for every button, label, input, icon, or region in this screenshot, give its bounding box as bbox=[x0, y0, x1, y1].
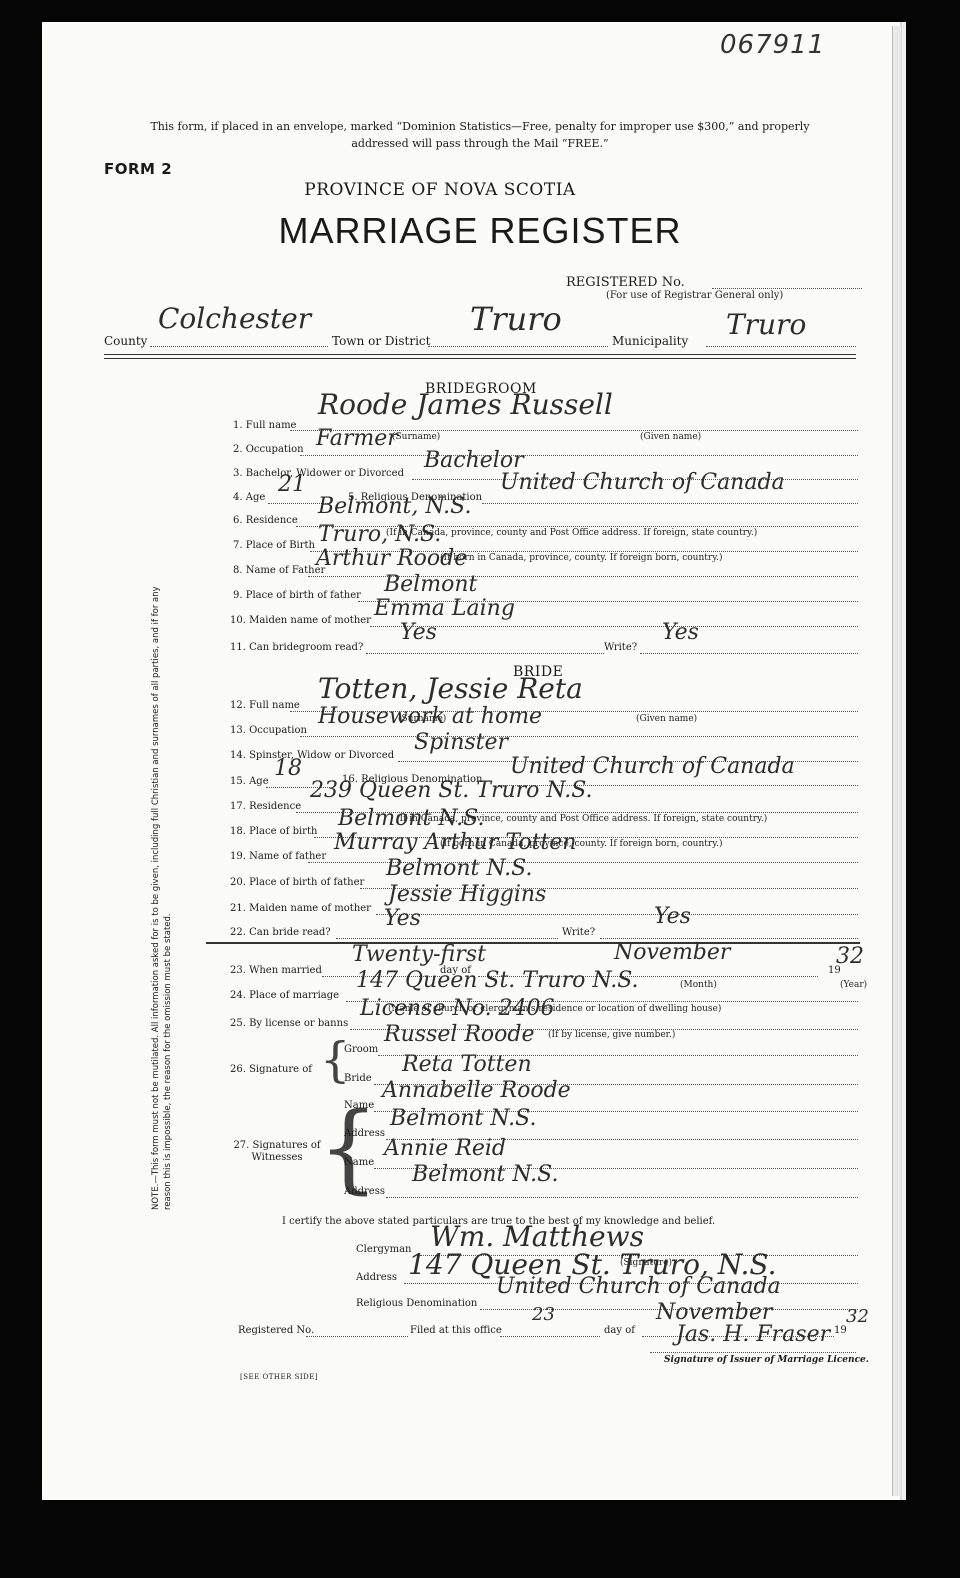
municipality-label: Municipality bbox=[612, 334, 688, 348]
form-number: FORM 2 bbox=[104, 160, 172, 178]
groom-birthplace-label: 7. Place of Birth bbox=[233, 540, 315, 551]
witness-1-address[interactable]: Belmont N.S. bbox=[390, 1106, 536, 1131]
signature-of-label: 26. Signature of bbox=[230, 1064, 312, 1075]
groom-denomination-value[interactable]: United Church of Canada bbox=[500, 470, 785, 495]
groom-father-birthplace-value[interactable]: Belmont bbox=[384, 572, 477, 597]
bride-write-value[interactable]: Yes bbox=[654, 904, 691, 929]
groom-age-value[interactable]: 21 bbox=[278, 472, 306, 497]
witness-1-name[interactable]: Annabelle Roode bbox=[382, 1078, 571, 1103]
issuer-signature-line bbox=[650, 1352, 856, 1353]
bride-age-value[interactable]: 18 bbox=[274, 756, 302, 781]
witness-1-address-label: Address bbox=[344, 1128, 385, 1139]
bride-father-birthplace-label: 20. Place of birth of father bbox=[230, 877, 364, 888]
bride-marital-status-value[interactable]: Spinster bbox=[414, 730, 508, 755]
municipality-value[interactable]: Truro bbox=[726, 308, 806, 341]
groom-write-value[interactable]: Yes bbox=[662, 620, 699, 645]
bride-write-label: Write? bbox=[562, 927, 595, 938]
town-line bbox=[428, 346, 608, 347]
county-line bbox=[150, 346, 328, 347]
filed-year-prefix: 19 bbox=[834, 1325, 847, 1336]
year-hint: (Year) bbox=[840, 980, 867, 990]
bride-birthplace-value[interactable]: Belmont N.S. bbox=[338, 806, 484, 831]
groom-father-birthplace-label: 9. Place of birth of father bbox=[233, 590, 361, 601]
bride-father-value[interactable]: Murray Arthur Totten bbox=[334, 830, 576, 855]
bride-residence-label: 17. Residence bbox=[230, 801, 301, 812]
given-name-hint: (Given name) bbox=[640, 432, 701, 442]
groom-marital-status-label: 3. Bachelor, Widower or Divorced bbox=[233, 468, 404, 479]
province-heading: PROVINCE OF NOVA SCOTIA bbox=[200, 180, 680, 200]
groom-read-value[interactable]: Yes bbox=[400, 620, 437, 645]
license-hint: (If by license, give number.) bbox=[548, 1030, 675, 1040]
witness-2-address[interactable]: Belmont N.S. bbox=[412, 1162, 558, 1187]
when-married-label: 23. When married bbox=[230, 965, 322, 976]
when-married-month[interactable]: November bbox=[614, 940, 730, 965]
bride-residence-value[interactable]: 239 Queen St. Truro N.S. bbox=[310, 778, 593, 803]
bride-occupation-line bbox=[300, 736, 858, 737]
month-hint: (Month) bbox=[680, 980, 717, 990]
bride-age-label: 15. Age bbox=[230, 776, 269, 787]
bride-occupation-value[interactable]: Housework at home bbox=[318, 704, 542, 729]
groom-father-value[interactable]: Arthur Roode bbox=[316, 546, 467, 571]
reference-number: 067911 bbox=[720, 30, 825, 60]
bride-full-name-label: 12. Full name bbox=[230, 700, 300, 711]
filed-day-line bbox=[500, 1336, 600, 1337]
clergy-denomination-value[interactable]: United Church of Canada bbox=[496, 1274, 781, 1299]
clergy-address-label: Address bbox=[356, 1272, 397, 1283]
registered-no-note: (For use of Registrar General only) bbox=[606, 290, 783, 301]
bride-mother-line bbox=[376, 914, 858, 915]
bride-denomination-value[interactable]: United Church of Canada bbox=[510, 754, 795, 779]
groom-residence-value[interactable]: Belmont, N.S. bbox=[318, 494, 471, 519]
groom-birthplace-hint: (If born in Canada, province, county. If… bbox=[440, 553, 722, 563]
groom-full-name-label: 1. Full name bbox=[233, 420, 296, 431]
groom-residence-hint: (If in Canada, province, county and Post… bbox=[386, 528, 757, 538]
town-value[interactable]: Truro bbox=[470, 300, 562, 338]
license-label: 25. By license or banns bbox=[230, 1018, 348, 1029]
bride-write-line bbox=[600, 938, 858, 939]
groom-mother-value[interactable]: Emma Laing bbox=[374, 596, 515, 621]
clergyman-label: Clergyman bbox=[356, 1244, 411, 1255]
groom-occupation-line bbox=[300, 455, 858, 456]
registered-no-label: REGISTERED No. bbox=[566, 275, 685, 290]
clergy-denomination-label: Religious Denomination bbox=[356, 1298, 477, 1309]
license-value[interactable]: License No. 2406 bbox=[360, 996, 555, 1021]
bride-read-value[interactable]: Yes bbox=[384, 906, 421, 931]
groom-mother-label: 10. Maiden name of mother bbox=[230, 615, 371, 626]
bride-father-birthplace-value[interactable]: Belmont N.S. bbox=[386, 856, 532, 881]
witnesses-label: 27. Signatures of Witnesses bbox=[232, 1140, 322, 1164]
witnesses-brace: { bbox=[318, 1100, 379, 1196]
groom-denomination-line bbox=[482, 503, 858, 504]
bride-read-label: 22. Can bride read? bbox=[230, 927, 331, 938]
county-label: County bbox=[104, 334, 147, 348]
bride-given-name-hint: (Given name) bbox=[636, 714, 697, 724]
place-of-marriage-value[interactable]: 147 Queen St. Truro N.S. bbox=[356, 968, 639, 993]
bride-marital-status-label: 14. Spinster, Widow or Divorced bbox=[230, 750, 394, 761]
groom-read-line bbox=[366, 653, 604, 654]
filed-day-of-label: day of bbox=[604, 1325, 635, 1336]
bride-mother-value[interactable]: Jessie Higgins bbox=[388, 882, 546, 907]
bride-signature-label: Bride bbox=[344, 1073, 372, 1084]
page-title: MARRIAGE REGISTER bbox=[200, 210, 760, 252]
groom-full-name-value[interactable]: Roode James Russell bbox=[318, 388, 613, 421]
bride-mother-label: 21. Maiden name of mother bbox=[230, 903, 371, 914]
county-value[interactable]: Colchester bbox=[158, 302, 311, 335]
municipality-line bbox=[706, 346, 856, 347]
witness-2-name[interactable]: Annie Reid bbox=[384, 1136, 506, 1161]
postal-note: This form, if placed in an envelope, mar… bbox=[140, 118, 820, 152]
registered-no-line bbox=[712, 288, 862, 289]
when-married-day[interactable]: Twenty-first bbox=[352, 942, 486, 967]
surname-hint: (Surname) bbox=[392, 432, 440, 442]
bride-read-line bbox=[336, 938, 558, 939]
witness-1-name-label: Name bbox=[344, 1100, 374, 1111]
page-edge bbox=[892, 26, 901, 1496]
groom-write-line bbox=[640, 653, 858, 654]
bride-birthplace-label: 18. Place of birth bbox=[230, 826, 317, 837]
when-married-year[interactable]: 32 bbox=[836, 944, 864, 969]
groom-occupation-label: 2. Occupation bbox=[233, 444, 304, 455]
groom-write-label: Write? bbox=[604, 642, 637, 653]
witness-2-address-label: Address bbox=[344, 1186, 385, 1197]
groom-residence-label: 6. Residence bbox=[233, 515, 298, 526]
filed-day[interactable]: 23 bbox=[532, 1304, 555, 1325]
groom-birthplace-value[interactable]: Truro, N.S. bbox=[318, 522, 441, 547]
filed-year[interactable]: 32 bbox=[846, 1306, 869, 1327]
registered-no-bottom-line bbox=[306, 1336, 408, 1337]
filed-label: Filed at this office bbox=[410, 1325, 502, 1336]
groom-signature-label: Groom bbox=[344, 1044, 378, 1055]
registered-no-bottom-label: Registered No. bbox=[238, 1325, 314, 1336]
side-note: NOTE.—This form must not be mutilated. A… bbox=[150, 570, 174, 1210]
groom-father-label: 8. Name of Father bbox=[233, 565, 325, 576]
witness-2-name-label: Name bbox=[344, 1157, 374, 1168]
see-other-side: [SEE OTHER SIDE] bbox=[240, 1373, 318, 1381]
groom-occupation-value[interactable]: Farmer bbox=[316, 426, 398, 451]
bride-occupation-label: 13. Occupation bbox=[230, 725, 307, 736]
groom-signature[interactable]: Russel Roode bbox=[384, 1022, 535, 1047]
bride-father-label: 19. Name of father bbox=[230, 851, 326, 862]
header-divider bbox=[104, 354, 856, 359]
issuer-caption: Signature of Issuer of Marriage Licence. bbox=[664, 1355, 869, 1365]
bride-signature[interactable]: Reta Totten bbox=[402, 1052, 532, 1077]
groom-age-label: 4. Age bbox=[233, 492, 265, 503]
issuer-signature[interactable]: Jas. H. Fraser bbox=[676, 1322, 830, 1347]
bride-full-name-value[interactable]: Totten, Jessie Reta bbox=[318, 672, 583, 705]
place-of-marriage-label: 24. Place of marriage bbox=[230, 990, 339, 1001]
town-label: Town or District bbox=[332, 334, 430, 348]
groom-mother-line bbox=[370, 626, 858, 627]
groom-read-label: 11. Can bridegroom read? bbox=[230, 642, 363, 653]
bride-divider bbox=[206, 942, 860, 944]
witness-2-address-line bbox=[386, 1197, 858, 1198]
